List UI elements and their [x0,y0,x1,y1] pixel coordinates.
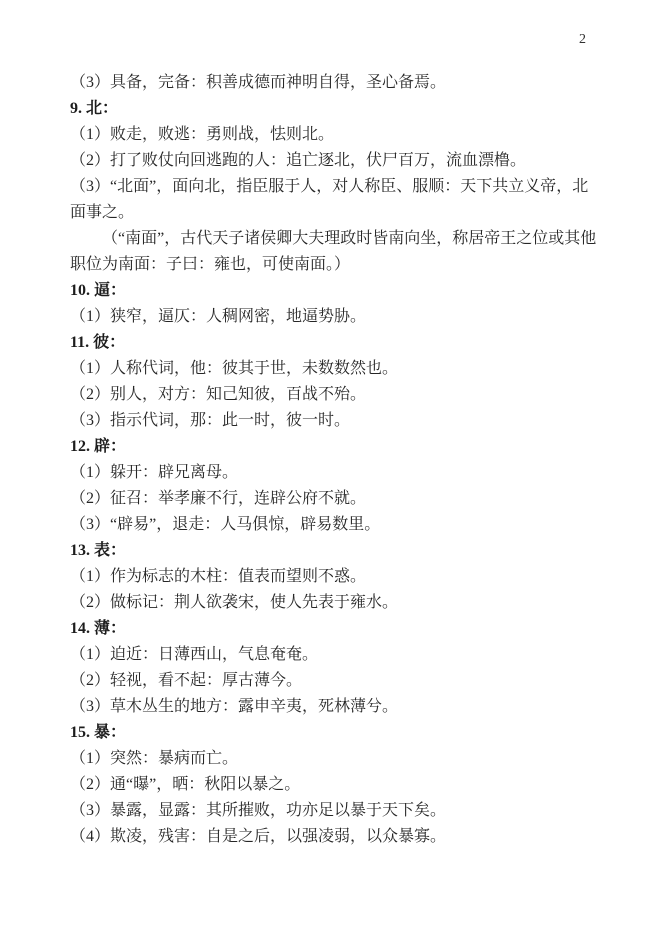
entry-item: （2）做标记：荆人欲袭宋，使人先表于雍水。 [70,590,602,616]
entry-item: （2）轻视，看不起：厚古薄今。 [70,668,602,694]
document-body: （3）具备，完备：积善成德而神明自得，圣心备焉。9. 北：（1）败走，败逃：勇则… [70,70,602,850]
entry-item: （3）“北面”，面向北，指臣服于人，对人称臣、服顺：天下共立义帝，北面事之。 [70,174,602,226]
entry-heading: 10. 逼： [70,278,602,304]
entry-heading: 15. 暴： [70,720,602,746]
entry-item: （1）人称代词，他：彼其于世，未数数然也。 [70,356,602,382]
entry-item: （3）“辟易”，退走：人马俱惊，辟易数里。 [70,512,602,538]
entry-item: （3）草木丛生的地方：露申辛夷，死林薄兮。 [70,694,602,720]
entry-item: （3）暴露，显露：其所摧败，功亦足以暴于天下矣。 [70,798,602,824]
entry-heading: 11. 彼： [70,330,602,356]
entry-heading: 13. 表： [70,538,602,564]
carryover-item: （3）具备，完备：积善成德而神明自得，圣心备焉。 [70,70,602,96]
entry-heading: 9. 北： [70,96,602,122]
entry-item: （1）躲开：辟兄离母。 [70,460,602,486]
entry-item: （2）通“曝”，晒：秋阳以暴之。 [70,772,602,798]
page-number: 2 [579,33,586,47]
entry-item: （1）作为标志的木柱：值表而望则不惑。 [70,564,602,590]
entry-item: （4）欺凌，残害：自是之后，以强凌弱，以众暴寡。 [70,824,602,850]
entry-item: （2）打了败仗向回逃跑的人：追亡逐北，伏尸百万，流血漂橹。 [70,148,602,174]
entry-item: （2）征召：举孝廉不行，连辟公府不就。 [70,486,602,512]
entry-item: （3）指示代词，那：此一时，彼一时。 [70,408,602,434]
entry-heading: 12. 辟： [70,434,602,460]
entry-item: （1）败走，败逃：勇则战，怯则北。 [70,122,602,148]
entry-item: （1）迫近：日薄西山，气息奄奄。 [70,642,602,668]
document-page: 2 （3）具备，完备：积善成德而神明自得，圣心备焉。9. 北：（1）败走，败逃：… [0,0,660,933]
entry-item: （1）狭窄，逼仄：人稠网密，地逼势胁。 [70,304,602,330]
entry-note: （“南面”，古代天子诸侯卿大夫理政时皆南向坐，称居帝王之位或其他职位为南面：子曰… [70,226,602,278]
entry-item: （1）突然：暴病而亡。 [70,746,602,772]
entry-heading: 14. 薄： [70,616,602,642]
entry-item: （2）别人，对方：知己知彼，百战不殆。 [70,382,602,408]
